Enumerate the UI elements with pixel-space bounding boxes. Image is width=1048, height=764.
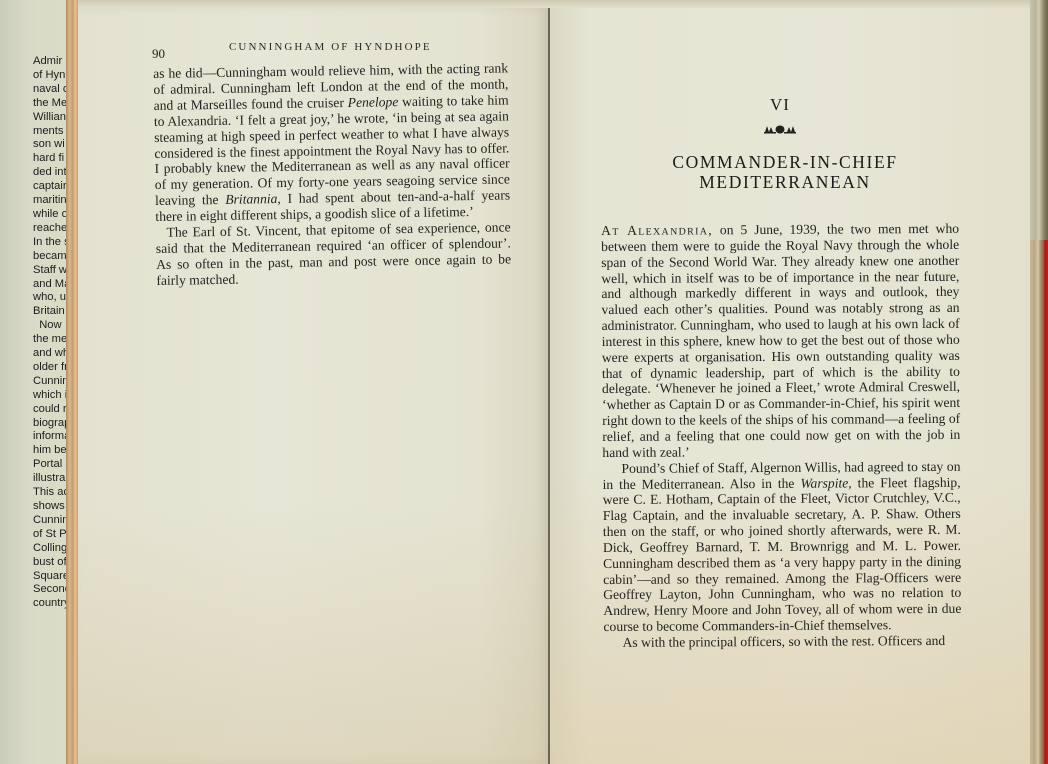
underlying-text-line: Britain [33,305,69,319]
underlying-text-line: the Me [33,97,69,111]
left-page-body: as he did—Cunningham would relieve him, … [153,60,511,288]
underlying-text-line: and Ma [33,278,69,292]
underlying-text-line: Willian [33,111,69,125]
open-book-photo: Admirof Hynnaval othe MeWillianmentsson … [0,0,1048,764]
underlying-text-line: country [33,597,69,611]
ship-name: Penelope [348,94,399,110]
underlying-text-line: informa [33,430,69,444]
underlying-text-line: Cunnin [33,375,69,389]
underlying-text-line: ded int [33,166,69,180]
chapter-number: VI [770,95,790,115]
right-page-body: At Alexandria, on 5 June, 1939, the two … [601,221,962,651]
underlying-text-line: the me [33,333,69,347]
top-shadow [78,0,1030,8]
fleuron-ornament-icon [763,123,797,135]
underlying-text-line: could r [33,403,69,417]
underlying-text-line: bust of [33,556,69,570]
underlying-text-line: Cunnin [33,514,69,528]
paragraph: Pound’s Chief of Staff, Algernon Willis,… [602,458,961,634]
underlying-text-line: Square [33,570,69,584]
page-number: 90 [152,46,165,62]
underlying-text-line: This ac [33,486,69,500]
paragraph: as he did—Cunningham would relieve him, … [153,60,510,225]
underlying-page: Admirof Hynnaval othe MeWillianmentsson … [0,0,72,764]
book-gutter [548,8,550,764]
chapter-title: COMMANDER-IN-CHIEF MEDITERRANEAN [620,152,950,192]
underlying-text-line: maritin [33,194,69,208]
underlying-text-line: of Hyn [33,69,69,83]
underlying-page-text: Admirof Hynnaval othe MeWillianmentsson … [33,55,69,611]
underlying-text-line: In the s [33,236,69,250]
paragraph: As with the principal officers, so with … [604,633,962,651]
underlying-text-line: while o [33,208,69,222]
paragraph: The Earl of St. Vincent, that epitome of… [155,219,511,288]
underlying-text-line: biograp [33,417,69,431]
underlying-text-line: Staff w [33,264,69,278]
underlying-text-line: Colling [33,542,69,556]
opening-words: At Alexandria, [601,222,713,238]
ship-name: Britannia, [225,191,281,207]
underlying-text-line: shows [33,500,69,514]
ship-name: Warspite, [800,475,851,490]
underlying-text-line: Portal a [33,458,69,472]
running-head: CUNNINGHAM OF HYNDHOPE [229,41,432,53]
underlying-text-line: him be [33,444,69,458]
underlying-text-line: ments [33,125,69,139]
underlying-text-line: naval o [33,83,69,97]
paragraph: At Alexandria, on 5 June, 1939, the two … [601,221,960,461]
underlying-text-line: illustra [33,472,69,486]
underlying-text-line: reache [33,222,69,236]
right-page-edges-top [1030,0,1048,240]
underlying-text-line: of St Pa [33,528,69,542]
underlying-text-line: Second [33,583,69,597]
underlying-text-line: becam [33,250,69,264]
underlying-text-line: who, u [33,291,69,305]
underlying-text-line: hard fi [33,152,69,166]
underlying-text-line: and wh [33,347,69,361]
underlying-text-line: older fr [33,361,69,375]
underlying-text-line: Admir [33,55,69,69]
underlying-text-line: captair [33,180,69,194]
underlying-text-line: son wi [33,138,69,152]
underlying-text-line: Now [33,319,69,333]
underlying-text-line: which i [33,389,69,403]
